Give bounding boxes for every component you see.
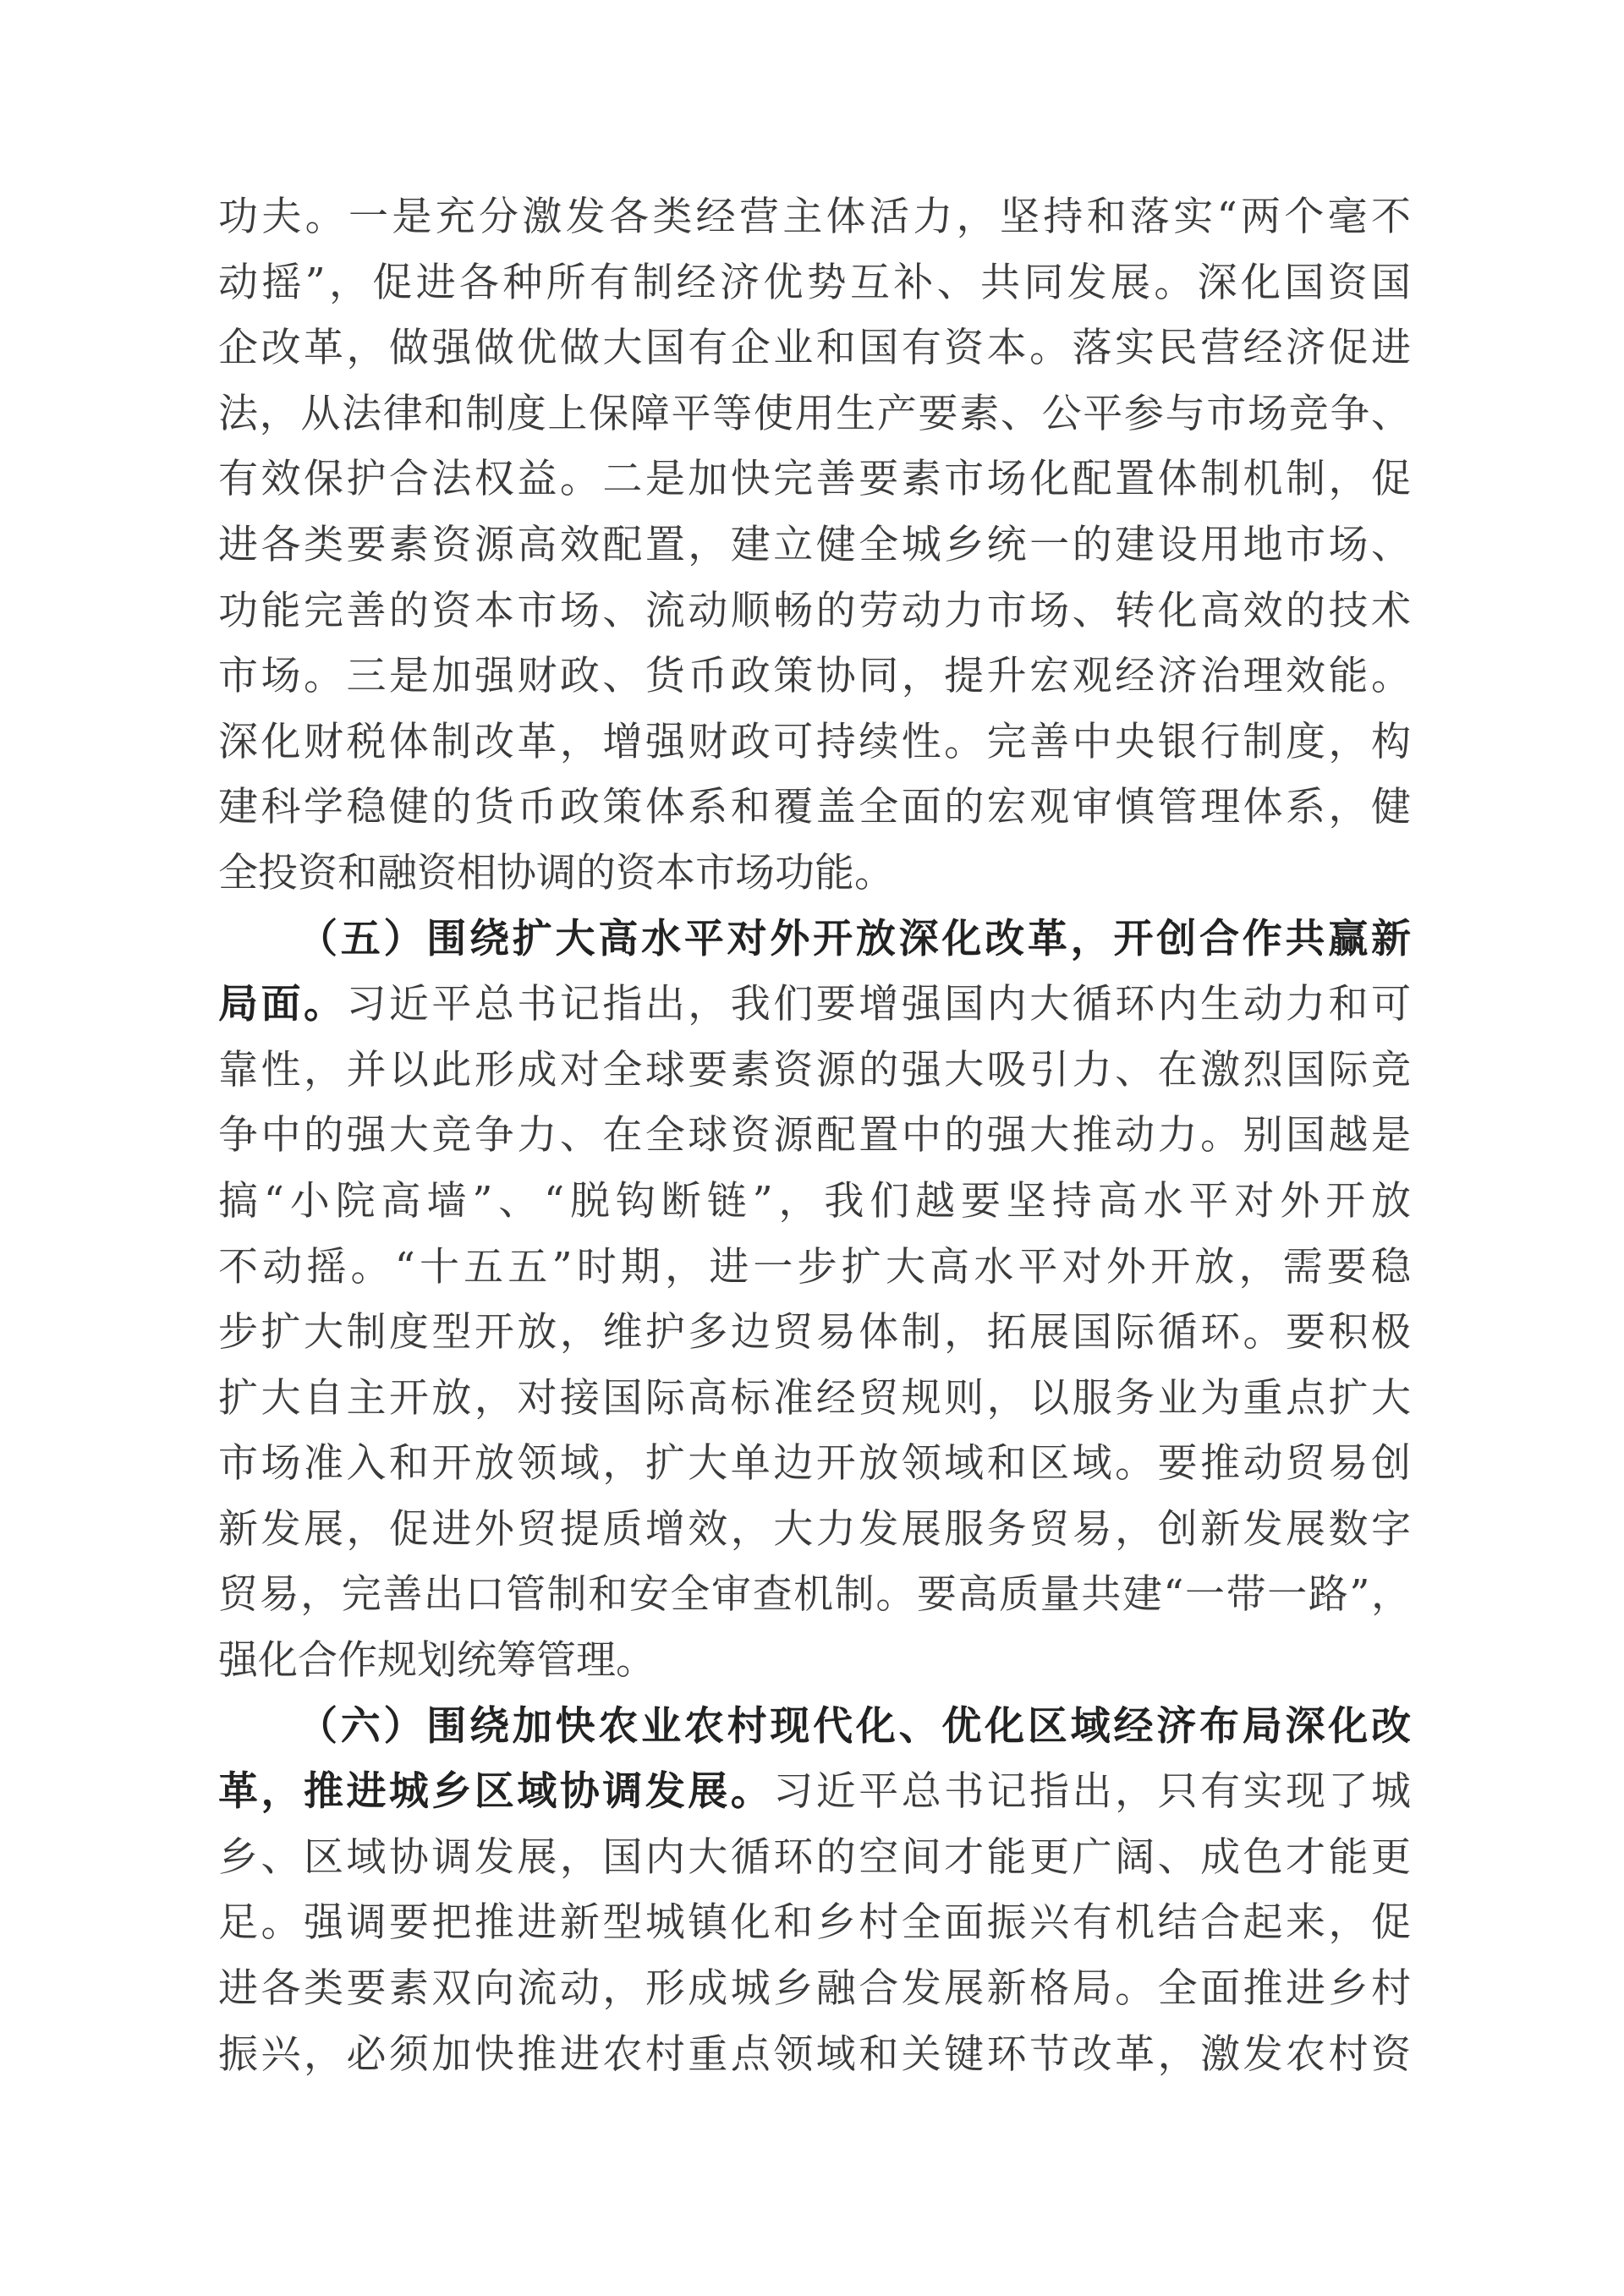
paragraph-line: 步扩大制度型开放，维护多边贸易体制，拓展国际循环。要积极 — [218, 1300, 1411, 1366]
section-heading-end: 局面。 — [218, 981, 346, 1027]
paragraph-line: 强化合作规划统筹管理。 — [218, 1628, 1411, 1694]
paragraph-line: 法，从法律和制度上保障平等使用生产要素、公平参与市场竞争、 — [218, 381, 1411, 447]
paragraph-line: 功能完善的资本市场、流动顺畅的劳动力市场、转化高效的技术 — [218, 578, 1411, 644]
paragraph-text: 习近平总书记指出，只有实现了城 — [773, 1768, 1411, 1815]
paragraph-line: 扩大自主开放，对接国际高标准经贸规则，以服务业为重点扩大 — [218, 1366, 1411, 1432]
paragraph-line: 动摇”，促进各种所有制经济优势互补、共同发展。深化国资国 — [218, 250, 1411, 316]
paragraph-line: 足。强调要把推进新型城镇化和乡村全面振兴有机结合起来，促 — [218, 1890, 1411, 1956]
paragraph-text: 习近平总书记指出，我们要增强国内大循环内生动力和可 — [346, 981, 1411, 1027]
paragraph-line: 进各类要素双向流动，形成城乡融合发展新格局。全面推进乡村 — [218, 1956, 1411, 2022]
section-heading-end: 革，推进城乡区域协调发展。 — [218, 1768, 773, 1815]
paragraph-line: 企改革，做强做优做大国有企业和国有资本。落实民营经济促进 — [218, 315, 1411, 381]
paragraph-line: 有效保护合法权益。二是加快完善要素市场化配置体制机制，促 — [218, 447, 1411, 512]
paragraph-line: 市场准入和开放领域，扩大单边开放领域和区域。要推动贸易创 — [218, 1431, 1411, 1497]
paragraph-line: 建科学稳健的货币政策体系和覆盖全面的宏观审慎管理体系，健 — [218, 775, 1411, 841]
paragraph-line: 搞“小院高墙”、“脱钩断链”，我们越要坚持高水平对外开放 — [218, 1169, 1411, 1235]
paragraph-line: 争中的强大竞争力、在全球资源配置中的强大推动力。别国越是 — [218, 1103, 1411, 1169]
paragraph-line: 市场。三是加强财政、货币政策协同，提升宏观经济治理效能。 — [218, 644, 1411, 710]
paragraph-line: 新发展，促进外贸提质增效，大力发展服务贸易，创新发展数字 — [218, 1497, 1411, 1563]
paragraph-line: 贸易，完善出口管制和安全审查机制。要高质量共建“一带一路”， — [218, 1562, 1411, 1628]
section-heading: （五）围绕扩大高水平对外开放深化改革，开创合作共赢新 — [218, 907, 1411, 973]
section-heading: （六）围绕加快农业农村现代化、优化区域经济布局深化改 — [218, 1694, 1411, 1760]
paragraph-line: 进各类要素资源高效配置，建立健全城乡统一的建设用地市场、 — [218, 512, 1411, 578]
paragraph-line: 功夫。一是充分激发各类经营主体活力，坚持和落实“两个毫不 — [218, 184, 1411, 250]
document-page: 功夫。一是充分激发各类经营主体活力，坚持和落实“两个毫不 动摇”，促进各种所有制… — [218, 184, 1411, 2087]
section-heading-continuation: 局面。习近平总书记指出，我们要增强国内大循环内生动力和可 — [218, 972, 1411, 1038]
section-heading-continuation: 革，推进城乡区域协调发展。习近平总书记指出，只有实现了城 — [218, 1759, 1411, 1825]
paragraph-line: 深化财税体制改革，增强财政可持续性。完善中央银行制度，构 — [218, 710, 1411, 775]
paragraph-line: 全投资和融资相协调的资本市场功能。 — [218, 841, 1411, 907]
paragraph-line: 不动摇。“十五五”时期，进一步扩大高水平对外开放，需要稳 — [218, 1235, 1411, 1301]
paragraph-line: 乡、区域协调发展，国内大循环的空间才能更广阔、成色才能更 — [218, 1825, 1411, 1891]
paragraph-line: 振兴，必须加快推进农村重点领域和关键环节改革，激发农村资 — [218, 2022, 1411, 2088]
paragraph-line: 靠性，并以此形成对全球要素资源的强大吸引力、在激烈国际竞 — [218, 1038, 1411, 1104]
